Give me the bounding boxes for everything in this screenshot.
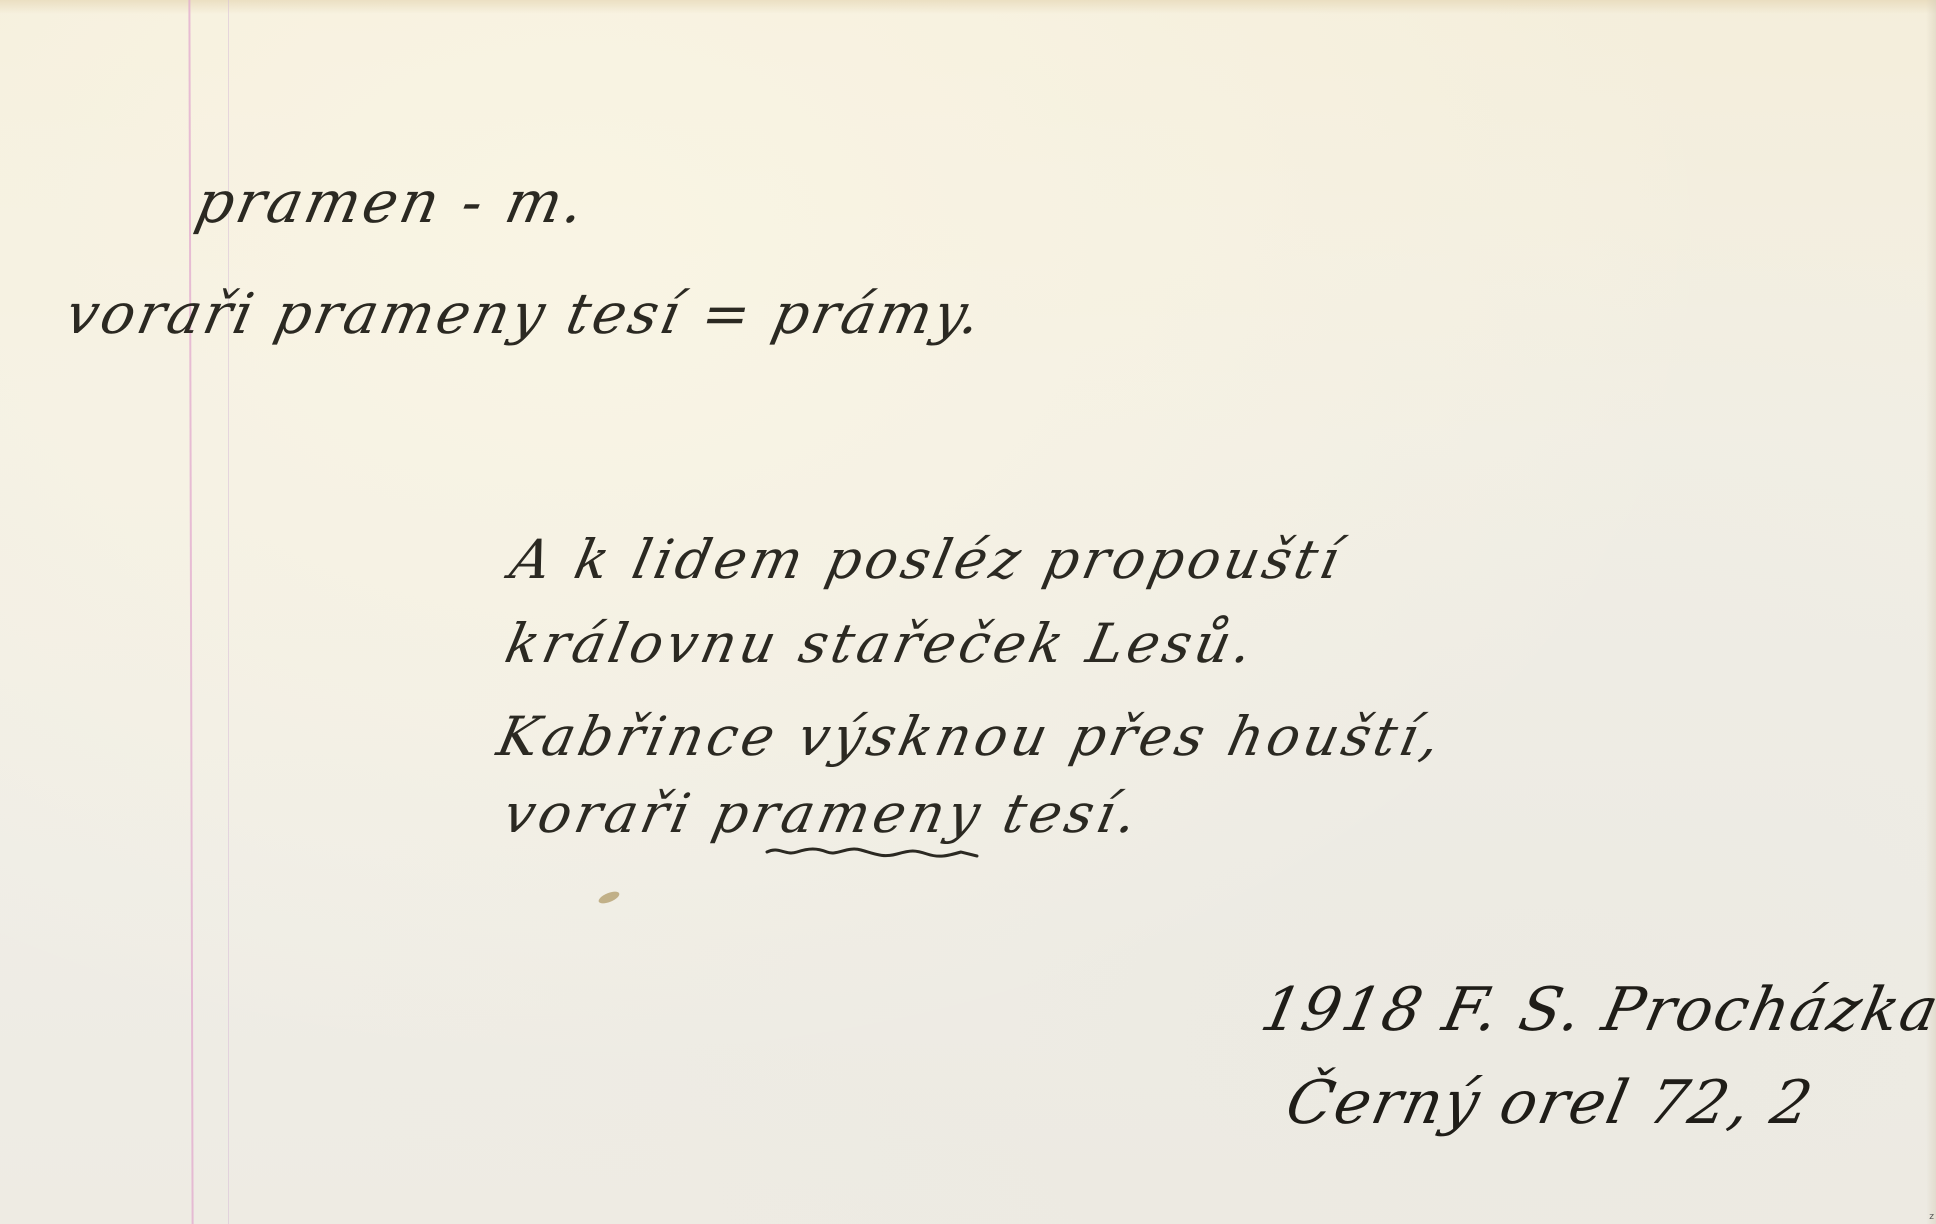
headword-example: voraři prameny tesí = prámy. [60,282,989,347]
verse-line-2: královnu stařeček Lesů. [500,612,1262,675]
signature-line-2: Černý orel 72, 2 [1280,1068,1820,1138]
paper-top-edge-shadow [0,0,1936,14]
verse-line-4: voraři prameny tesí. [498,782,1147,845]
wavy-underline-icon [765,840,980,864]
signature-line-1: 1918 F. S. Procházka [1255,975,1936,1045]
headword: pramen - m. [190,168,593,236]
verse-line-1: A k lidem posléz propouští [505,528,1349,591]
verse-line-3: Kabřince výsknou přes houští, [492,705,1450,768]
corner-mark: z [1929,1212,1934,1222]
